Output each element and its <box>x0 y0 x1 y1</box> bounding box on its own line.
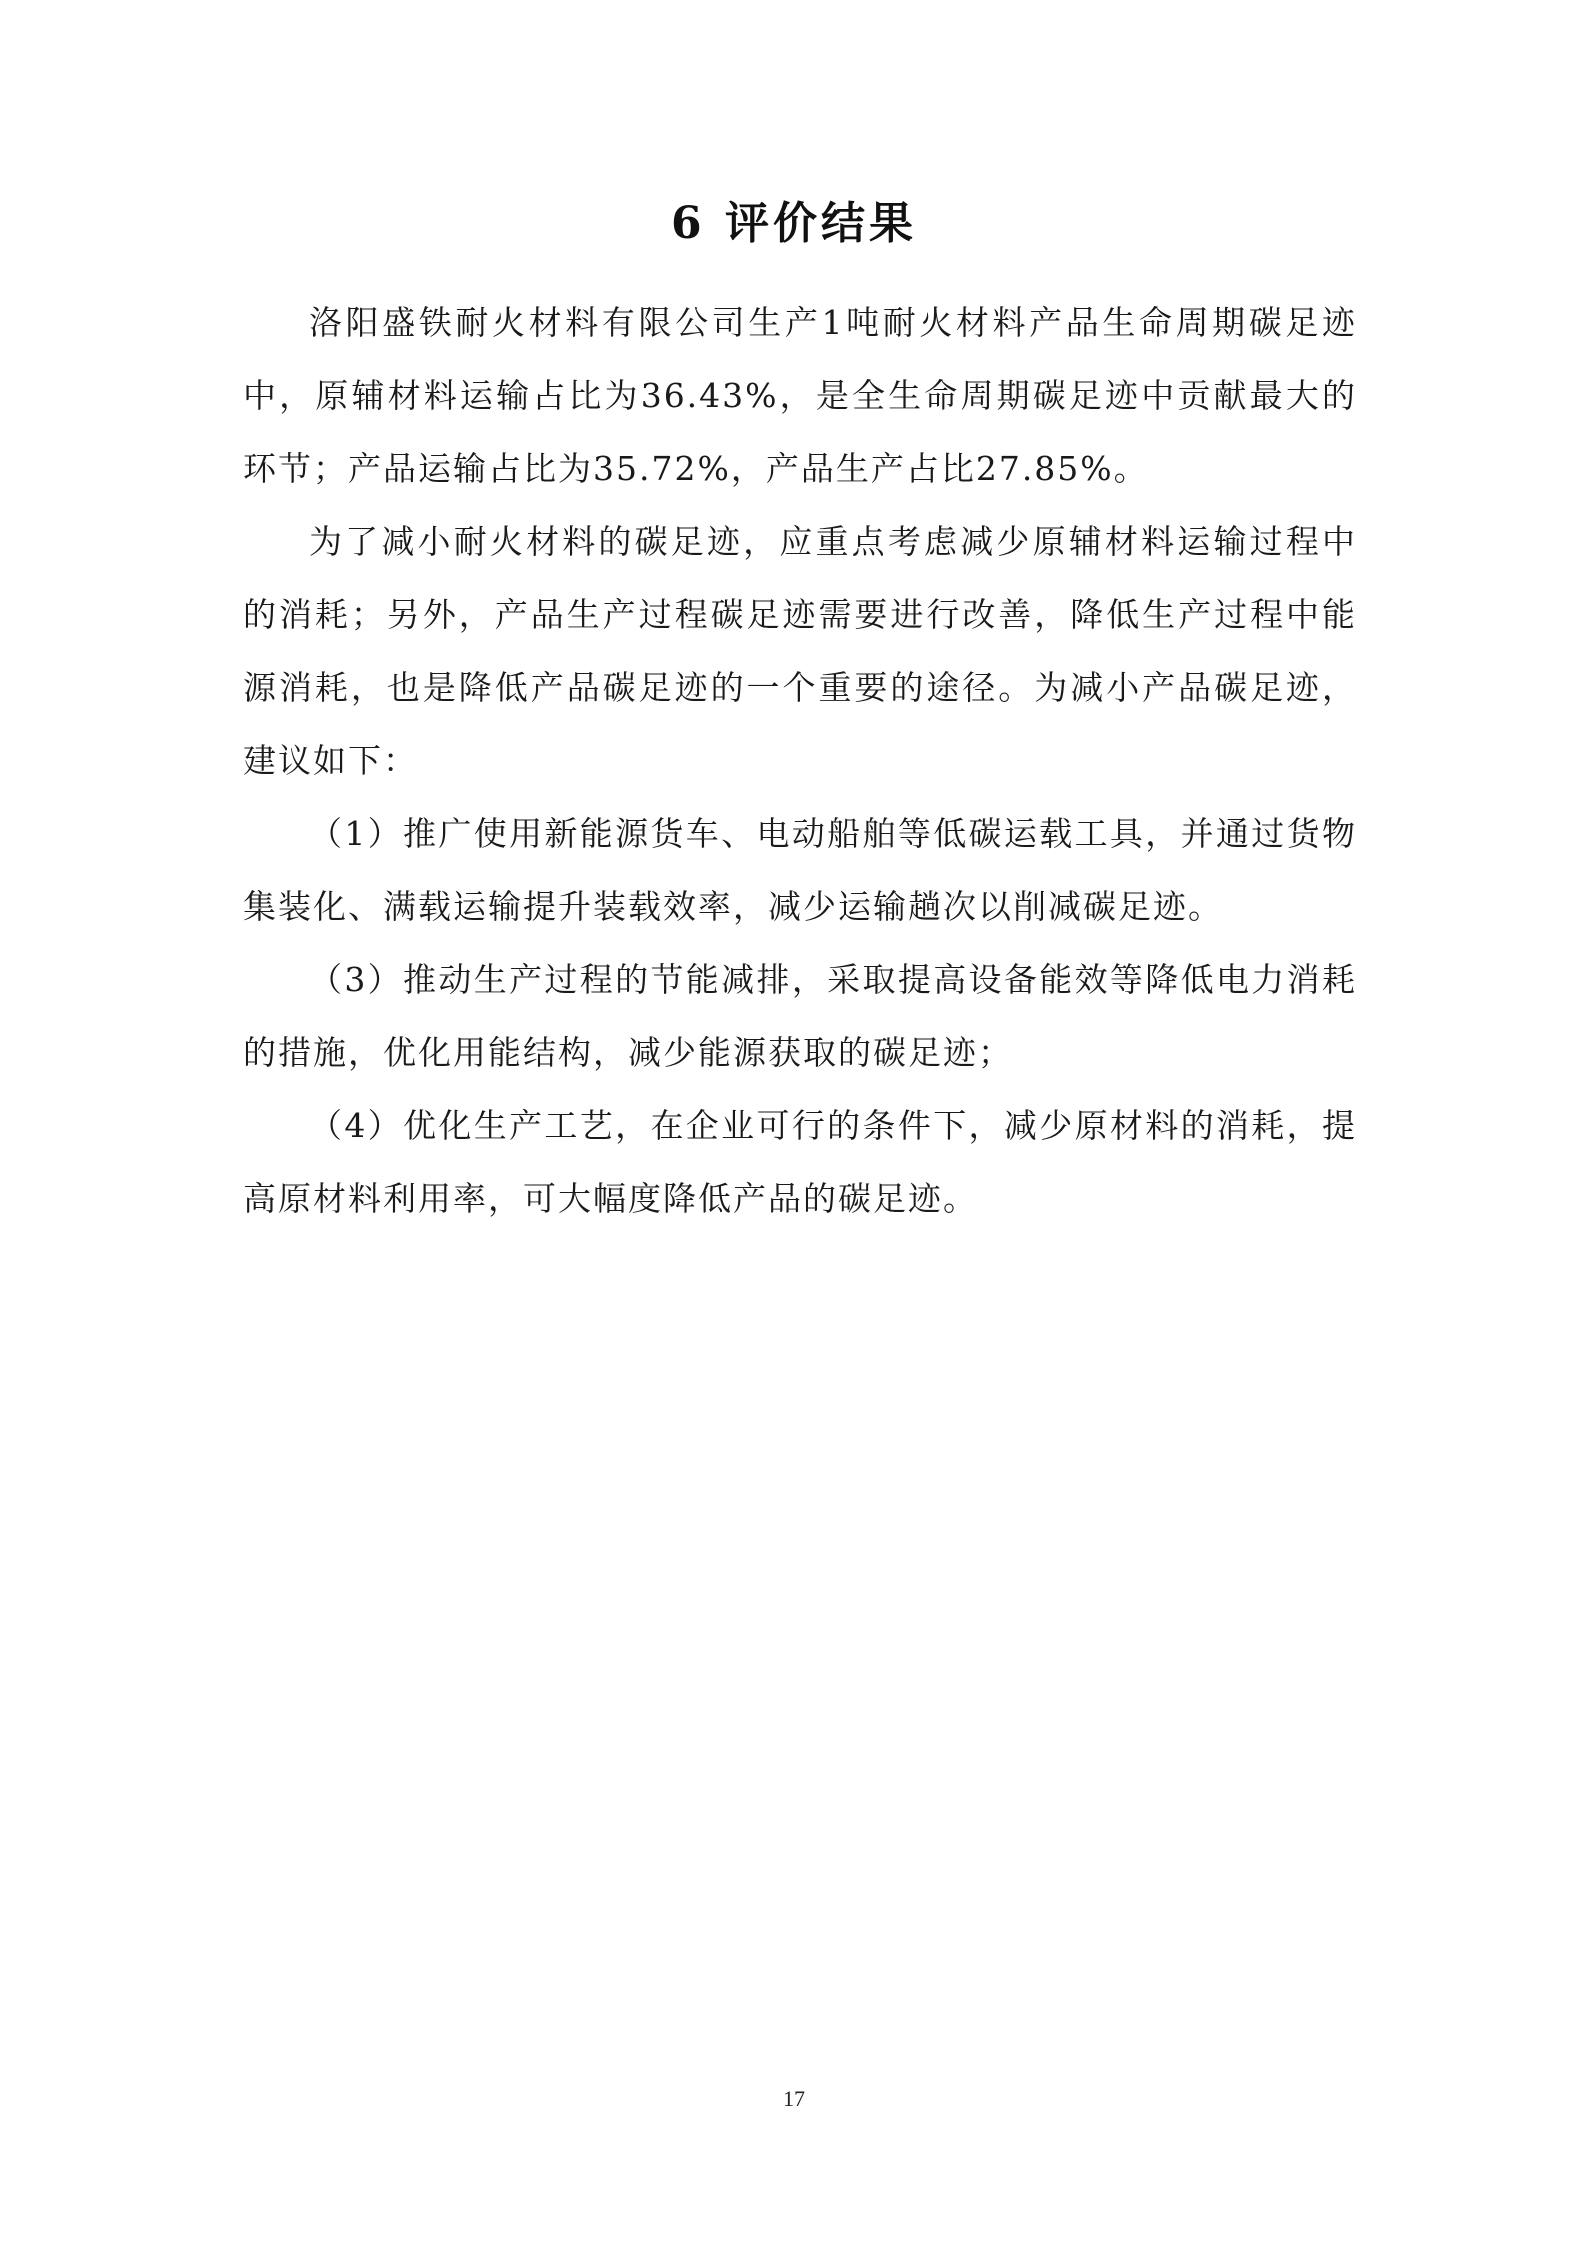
page-number: 17 <box>0 2086 1588 2112</box>
section-body: 洛阳盛铁耐火材料有限公司生产1吨耐火材料产品生命周期碳足迹中，原辅材料运输占比为… <box>243 286 1357 1235</box>
paragraph-recommendation-4: （4）优化生产工艺，在企业可行的条件下，减少原材料的消耗，提高原材料利用率，可大… <box>243 1089 1357 1235</box>
document-page: 6 评价结果 洛阳盛铁耐火材料有限公司生产1吨耐火材料产品生命周期碳足迹中，原辅… <box>0 0 1588 2246</box>
section-title: 6 评价结果 <box>0 196 1588 252</box>
paragraph-recommendation-intro: 为了减小耐火材料的碳足迹，应重点考虑减少原辅材料运输过程中的消耗；另外，产品生产… <box>243 505 1357 797</box>
paragraph-recommendation-1: （1）推广使用新能源货车、电动船舶等低碳运载工具，并通过货物集装化、满载运输提升… <box>243 797 1357 943</box>
paragraph-recommendation-3: （3）推动生产过程的节能减排，采取提高设备能效等降低电力消耗的措施，优化用能结构… <box>243 943 1357 1089</box>
paragraph-summary: 洛阳盛铁耐火材料有限公司生产1吨耐火材料产品生命周期碳足迹中，原辅材料运输占比为… <box>243 286 1357 505</box>
